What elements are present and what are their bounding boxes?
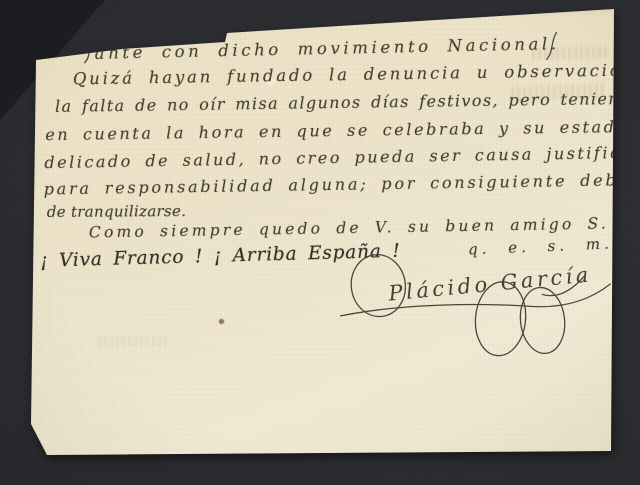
handwritten-line-7: de tranquilizarse. xyxy=(47,202,187,221)
handwriting-layer: ante con dicho movimiento Nacional. Quiz… xyxy=(0,0,640,485)
letter-paper: ante con dicho movimiento Nacional. Quiz… xyxy=(0,0,640,485)
end-of-line-flourish-stroke xyxy=(544,30,562,62)
handwritten-line-4: en cuenta la hora en que se celebraba y … xyxy=(45,116,640,144)
handwritten-line-6: para responsabilidad alguna; por consigu… xyxy=(43,170,630,198)
paper-shadow: ante con dicho movimiento Nacional. Quiz… xyxy=(0,0,640,485)
signature-name: Plácido García xyxy=(386,262,592,305)
handwritten-line-2: Quizá hayan fundado la denuncia u observ… xyxy=(73,60,640,88)
handwritten-line-5: delicado de salud, no creo pueda ser cau… xyxy=(44,142,640,172)
signature: Plácido García xyxy=(332,240,619,374)
scanned-letter-photo: ante con dicho movimiento Nacional. Quiz… xyxy=(0,0,640,485)
signature-loop-right xyxy=(517,285,568,355)
handwritten-line-3: la falta de no oír misa algunos días fes… xyxy=(55,89,640,116)
handwritten-line-1: ante con dicho movimiento Nacional. xyxy=(94,34,559,63)
